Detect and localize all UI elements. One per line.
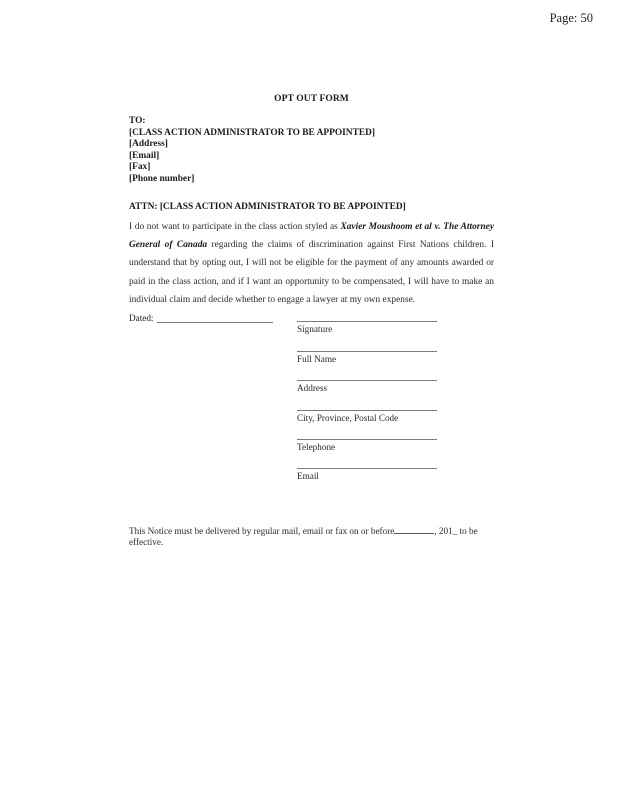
recipient-email: [Email]: [129, 151, 375, 163]
telephone-field[interactable]: Telephone: [297, 439, 437, 452]
full-name-field[interactable]: Full Name: [297, 351, 437, 364]
recipient-block: TO: [CLASS ACTION ADMINISTRATOR TO BE AP…: [129, 116, 375, 186]
full-name-label: Full Name: [297, 354, 336, 364]
recipient-fax: [Fax]: [129, 162, 375, 174]
statement-intro: I do not want to participate in the clas…: [129, 222, 340, 232]
opt-out-statement: I do not want to participate in the clas…: [129, 218, 494, 309]
telephone-label: Telephone: [297, 442, 335, 452]
recipient-administrator: [CLASS ACTION ADMINISTRATOR TO BE APPOIN…: [129, 128, 375, 140]
city-province-postal-field[interactable]: City, Province, Postal Code: [297, 410, 437, 423]
to-heading: TO:: [129, 116, 375, 128]
signature-field[interactable]: Signature: [297, 321, 437, 334]
deadline-date-blank[interactable]: [394, 525, 434, 534]
address-field[interactable]: Address: [297, 380, 437, 393]
dated-field: Dated:: [129, 313, 273, 323]
email-field[interactable]: Email: [297, 468, 437, 481]
dated-label: Dated:: [129, 313, 154, 323]
recipient-address: [Address]: [129, 139, 375, 151]
signature-label: Signature: [297, 324, 332, 334]
email-label: Email: [297, 471, 319, 481]
notice-text-before: This Notice must be delivered by regular…: [129, 526, 394, 536]
city-province-postal-label: City, Province, Postal Code: [297, 413, 398, 423]
delivery-notice: This Notice must be delivered by regular…: [129, 525, 499, 547]
date-input-line[interactable]: [157, 313, 273, 323]
address-label: Address: [297, 383, 327, 393]
page-number: Page: 50: [550, 11, 593, 26]
form-title: OPT OUT FORM: [0, 94, 623, 104]
recipient-phone: [Phone number]: [129, 174, 375, 186]
attention-line: ATTN: [CLASS ACTION ADMINISTRATOR TO BE …: [129, 202, 406, 212]
